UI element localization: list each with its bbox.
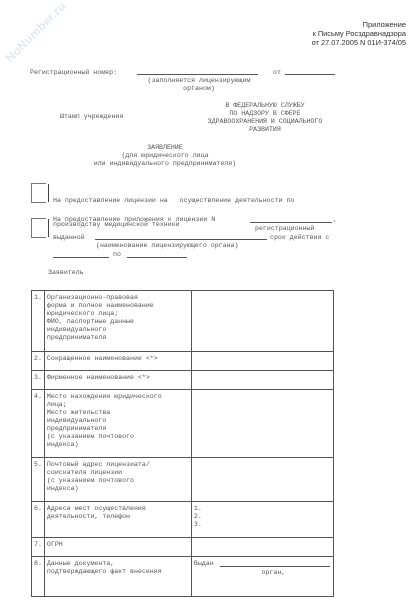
row-number: 2. — [32, 352, 45, 371]
table-row: 3. Фирменное наименование <*> — [32, 371, 334, 390]
address-line-1: 1. — [194, 505, 331, 513]
row-value-field[interactable] — [191, 390, 333, 458]
issued-by-note: орган, — [194, 569, 331, 577]
validity-to-label: по — [113, 251, 121, 259]
registration-document-field[interactable]: Выдан орган, — [191, 557, 333, 597]
row-number: 7. — [32, 538, 45, 557]
registration-label: Регистрационный номер: — [30, 69, 117, 77]
row-label-line: (с указанием почтового — [47, 477, 189, 485]
row-label-line: Фирменное наименование <*> — [47, 374, 189, 382]
row-label-line: (с указанием почтового — [47, 433, 189, 441]
validity-to-field[interactable] — [127, 257, 187, 258]
appendix-line-2: к Письму Росздравнадзора — [312, 29, 406, 38]
row-number: 1. — [32, 291, 45, 352]
row-value-field[interactable] — [191, 458, 333, 502]
row-label-line: индекса) — [47, 485, 189, 493]
option-license-line-1: На предоставление лицензии на осуществле… — [53, 197, 294, 205]
row-label-line: индекса) — [47, 441, 189, 449]
table-row: 4. Место нахождения юридического лица; М… — [32, 390, 334, 458]
row-label-line: ФИО, паспортные данные — [47, 318, 189, 326]
row-label-line: индивидуального — [47, 417, 189, 425]
row-label: ОГРН — [44, 538, 191, 557]
row-label-line: деятельности, телефон — [47, 513, 189, 521]
table-row: 2. Сокращенное наименование <*> — [32, 352, 334, 371]
validity-label: срок действия с — [270, 234, 329, 242]
row-label-line: ОГРН — [47, 541, 189, 549]
table-row: 5. Почтовый адрес лицензиата/ соискателя… — [32, 458, 334, 502]
registration-number-field[interactable] — [137, 74, 258, 75]
row-label: Данные документа, подтверждающего факт в… — [44, 557, 191, 597]
row-label-line: Сокращенное наименование <*> — [47, 355, 189, 363]
row-label-line: юридического лица; — [47, 310, 189, 318]
registration-note: (заполняется лицензирующим органом) — [137, 77, 261, 93]
applicant-label: Заявитель — [48, 269, 84, 277]
validity-from-field[interactable] — [53, 257, 109, 258]
row-label: Адреса мест осуществления деятельности, … — [44, 502, 191, 538]
table-row: 8. Данные документа, подтверждающего фак… — [32, 557, 334, 597]
option-appendix-checkbox[interactable] — [31, 218, 46, 238]
row-label: Место нахождения юридического лица; Мест… — [44, 390, 191, 458]
issuer-note: (наименование лицензирующего органа) — [96, 242, 238, 250]
row-value-field[interactable] — [191, 352, 333, 371]
addressee: В ФЕДЕРАЛЬНУЮ СЛУЖБУ ПО НАДЗОРУ В СФЕРЕ … — [190, 102, 340, 134]
row-number: 8. — [32, 557, 45, 597]
row-label-line: подтверждающего факт внесения — [47, 568, 189, 576]
issued-by-field[interactable] — [220, 566, 330, 567]
row-label-line: соискателя лицензии — [47, 469, 189, 477]
addressee-line-4: РАЗВИТИЯ — [190, 126, 340, 134]
applicant-table: 1. Организационно-правовая форма и полно… — [31, 290, 334, 597]
registration-label-2: регистрационный — [255, 225, 314, 233]
row-label: Организационно-правовая форма и полное н… — [44, 291, 191, 352]
row-label: Фирменное наименование <*> — [44, 371, 191, 390]
row-label-line: Данные документа, — [47, 560, 189, 568]
title-sub-1: (для юридического лица — [80, 152, 250, 160]
registration-note-line-1: (заполняется лицензирующим — [137, 77, 261, 85]
license-number-comma: , — [333, 216, 337, 224]
watermark: NoNumber.ru — [5, 1, 67, 63]
row-value-field[interactable] — [191, 291, 333, 352]
row-label-line: Место нахождения юридического — [47, 393, 189, 401]
stamp-label: Штамп учреждения — [60, 113, 123, 121]
table-row: 7. ОГРН — [32, 538, 334, 557]
row-label: Сокращенное наименование <*> — [44, 352, 191, 371]
table-row: 6. Адреса мест осуществления деятельност… — [32, 502, 334, 538]
option-appendix-line-1: На предоставление приложения к лицензии … — [53, 216, 215, 224]
row-number: 3. — [32, 371, 45, 390]
address-line-3: 3. — [194, 521, 331, 529]
row-number: 6. — [32, 502, 45, 538]
row-label-line: предпринимателя — [47, 334, 189, 342]
appendix-line-1: Приложение — [312, 20, 406, 29]
row-number: 5. — [32, 458, 45, 502]
document-title: ЗАЯВЛЕНИЕ (для юридического лица или инд… — [80, 144, 250, 168]
row-label: Почтовый адрес лицензиата/ соискателя ли… — [44, 458, 191, 502]
row-label-line: Почтовый адрес лицензиата/ — [47, 461, 189, 469]
row-number: 4. — [32, 390, 45, 458]
row-label-line: Адреса мест осуществления — [47, 505, 189, 513]
address-line-2: 2. — [194, 513, 331, 521]
registration-date-field[interactable] — [285, 74, 335, 75]
appendix-header: Приложение к Письму Росздравнадзора от 2… — [312, 20, 406, 47]
title-main: ЗАЯВЛЕНИЕ — [80, 144, 250, 152]
registration-date-label: от — [273, 69, 281, 77]
row-value-field[interactable] — [191, 538, 333, 557]
addressee-line-3: ЗДРАВООХРАНЕНИЯ И СОЦИАЛЬНОГО — [190, 118, 340, 126]
row-label-line: Место жительства — [47, 409, 189, 417]
issued-label: выданной — [53, 234, 85, 242]
license-number-field[interactable] — [250, 222, 332, 223]
row-label-line: лица; — [47, 401, 189, 409]
addressee-line-1: В ФЕДЕРАЛЬНУЮ СЛУЖБУ — [190, 102, 340, 110]
appendix-line-3: от 27.07.2005 N 01И-374/05 — [312, 38, 406, 47]
row-value-field[interactable] — [191, 371, 333, 390]
issuer-field[interactable] — [95, 239, 267, 240]
table-row: 1. Организационно-правовая форма и полно… — [32, 291, 334, 352]
addressee-line-2: ПО НАДЗОРУ В СФЕРЕ — [190, 110, 340, 118]
option-license-checkbox[interactable] — [31, 183, 46, 203]
row-label-line: предпринимателя — [47, 425, 189, 433]
row-label-line: индивидуального — [47, 326, 189, 334]
row-label-line: Организационно-правовая — [47, 294, 189, 302]
row-label-line: форма и полное наименование — [47, 302, 189, 310]
registration-note-line-2: органом) — [137, 85, 261, 93]
issued-by-label: Выдан — [194, 560, 214, 567]
title-sub-2: или индивидуального предпринимателя) — [80, 160, 250, 168]
activity-addresses-field[interactable]: 1. 2. 3. — [191, 502, 333, 538]
